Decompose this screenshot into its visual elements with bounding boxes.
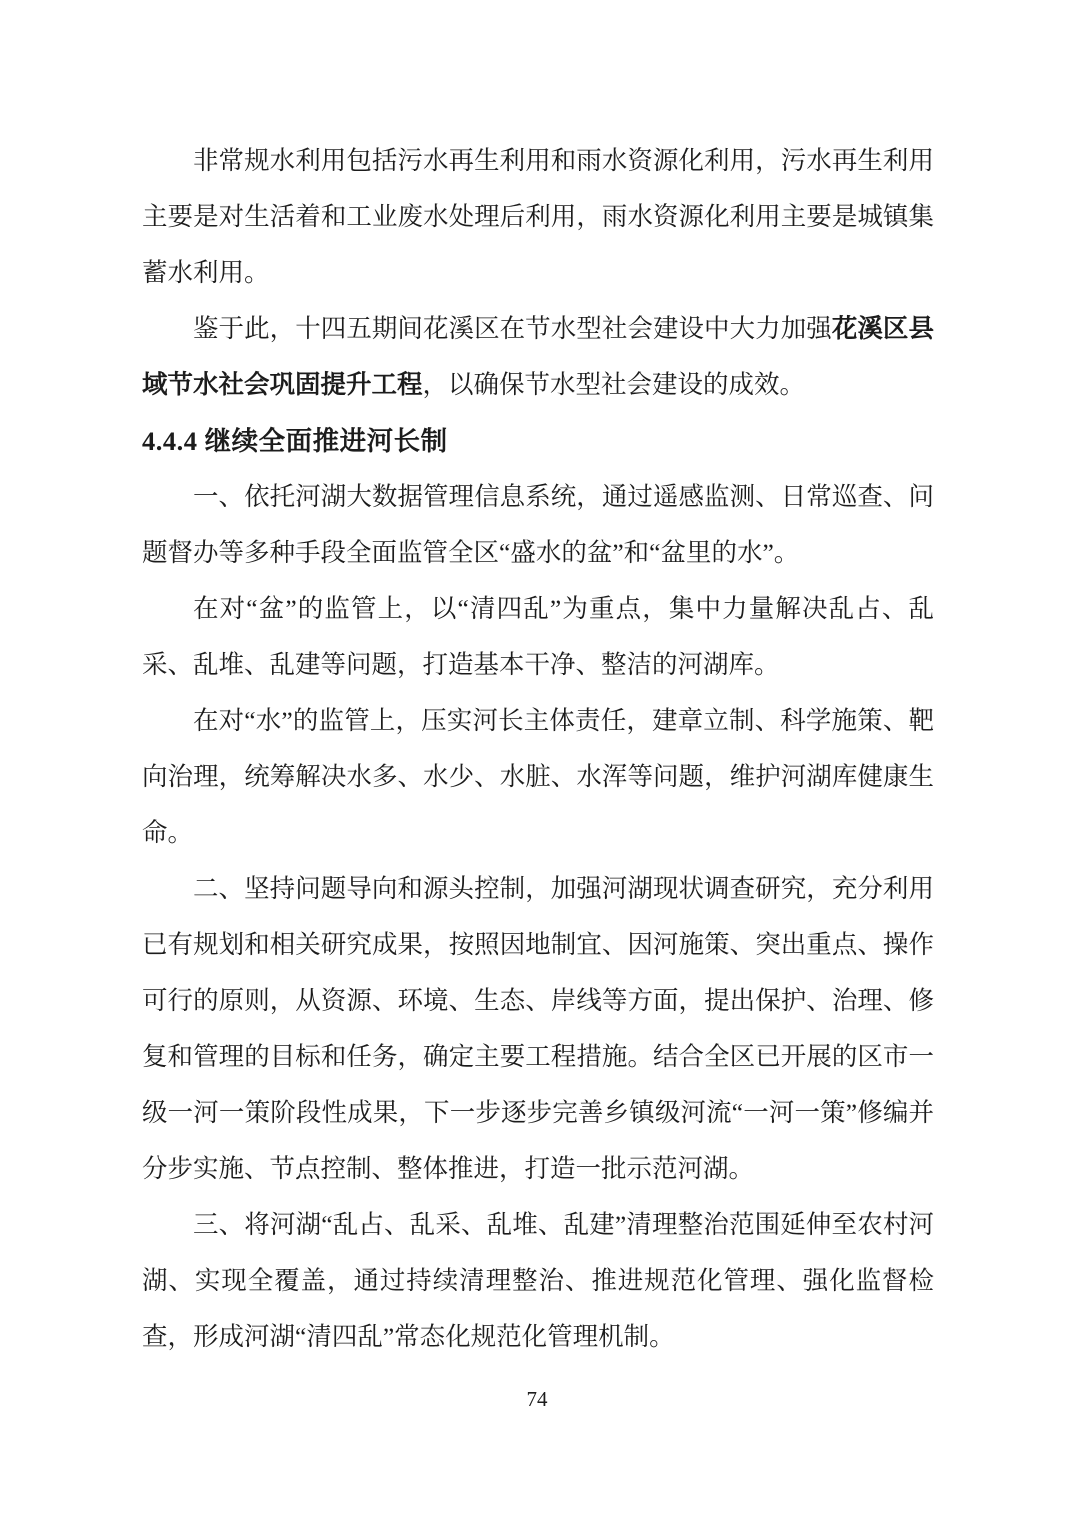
paragraph-item-2-problem-oriented-control: 二、坚持问题导向和源头控制，加强河湖现状调查研究，充分利用已有规划和相关研究成果… (142, 861, 934, 1197)
text-run: ，以确保节水型社会建设的成效。 (423, 370, 806, 399)
section-heading-4-4-4-river-chief-system: 4.4.4 继续全面推进河长制 (142, 413, 934, 469)
paragraph-water-supervision: 在对“水”的监管上，压实河长主体责任，建章立制、科学施策、靶向治理，统筹解决水多… (142, 693, 934, 861)
document-page: 非常规水利用包括污水再生利用和雨水资源化利用，污水再生利用主要是对生活着和工业废… (0, 0, 1074, 1520)
page-content: 非常规水利用包括污水再生利用和雨水资源化利用，污水再生利用主要是对生活着和工业废… (142, 133, 934, 1365)
page-number: 74 (0, 1384, 1074, 1414)
paragraph-water-saving-project: 鉴于此，十四五期间花溪区在节水型社会建设中大力加强花溪区县域节水社会巩固提升工程… (142, 301, 934, 413)
text-run: 鉴于此，十四五期间花溪区在节水型社会建设中大力加强 (193, 314, 832, 343)
paragraph-item-3-cleanup-extension: 三、将河湖“乱占、乱采、乱堆、乱建”清理整治范围延伸至农村河湖、实现全覆盖，通过… (142, 1197, 934, 1365)
paragraph-basin-supervision: 在对“盆”的监管上，以“清四乱”为重点，集中力量解决乱占、乱采、乱堆、乱建等问题… (142, 581, 934, 693)
paragraph-nonconventional-water-use: 非常规水利用包括污水再生利用和雨水资源化利用，污水再生利用主要是对生活着和工业废… (142, 133, 934, 301)
paragraph-item-1-monitoring-system: 一、依托河湖大数据管理信息系统，通过遥感监测、日常巡查、问题督办等多种手段全面监… (142, 469, 934, 581)
